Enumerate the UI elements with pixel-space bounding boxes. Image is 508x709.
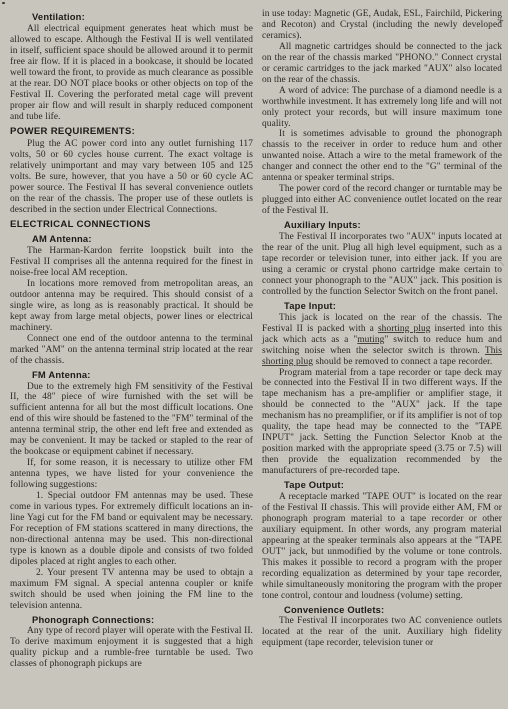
paragraph: Connect one end of the outdoor antenna t… xyxy=(10,334,253,367)
paragraph: The Festival II incorporates two "AUX" i… xyxy=(262,232,502,298)
paragraph: It is sometimes advisable to ground the … xyxy=(262,129,502,184)
paragraph: Due to the extremely high FM sensitivity… xyxy=(10,382,253,459)
list-item: 2. Your present TV antenna may be used t… xyxy=(10,568,253,612)
paper-speck xyxy=(2,2,5,4)
pencil-underlined-text: muting xyxy=(357,335,384,345)
paragraph: Any type of record player will operate w… xyxy=(10,626,253,670)
document-page: Ventilation:All electrical equipment gen… xyxy=(0,0,508,709)
sub-heading: Tape Output: xyxy=(284,480,502,491)
list-item: 1. Special outdoor FM antennas may be us… xyxy=(10,491,253,568)
sub-heading: AM Antenna: xyxy=(32,234,253,245)
paragraph: This jack is located on the rear of the … xyxy=(262,313,502,368)
section-heading: ELECTRICAL CONNECTIONS xyxy=(10,220,253,231)
paragraph: All electrical equipment generates heat … xyxy=(10,24,253,123)
right-column: in use today: Magnetic (GE, Audak, ESL, … xyxy=(262,9,502,649)
paragraph: The Festival II incorporates two AC conv… xyxy=(262,616,502,649)
pencil-underlined-text: This xyxy=(485,346,502,356)
sub-heading: Convenience Outlets: xyxy=(284,605,502,616)
pencil-underlined-text: shorting plug xyxy=(378,324,431,334)
sub-heading: FM Antenna: xyxy=(32,370,253,381)
left-column: Ventilation:All electrical equipment gen… xyxy=(10,9,253,670)
paragraph: Program material from a tape recorder or… xyxy=(262,368,502,478)
text-segment: should be removed to connect a tape reco… xyxy=(313,357,492,367)
paragraph: The Harman-Kardon ferrite loopstick buil… xyxy=(10,246,253,279)
paragraph: A receptacle marked "TAPE OUT" is locate… xyxy=(262,492,502,602)
paragraph: Plug the AC power cord into any outlet f… xyxy=(10,139,253,216)
paragraph: The power cord of the record changer or … xyxy=(262,184,502,217)
sub-heading: Tape Input: xyxy=(284,301,502,312)
paragraph: A word of advice: The purchase of a diam… xyxy=(262,86,502,130)
sub-heading: Ventilation: xyxy=(32,12,253,23)
section-heading: POWER REQUIREMENTS: xyxy=(10,127,253,138)
paragraph: If, for some reason, it is necessary to … xyxy=(10,458,253,491)
paragraph-continuation: in use today: Magnetic (GE, Audak, ESL, … xyxy=(262,9,502,42)
paragraph: In locations more removed from metropoli… xyxy=(10,279,253,334)
sub-heading: Auxiliary Inputs: xyxy=(284,220,502,231)
paragraph: All magnetic cartridges should be connec… xyxy=(262,42,502,86)
pencil-underlined-text: shorting plug xyxy=(262,357,313,367)
sub-heading: Phonograph Connections: xyxy=(32,615,253,626)
